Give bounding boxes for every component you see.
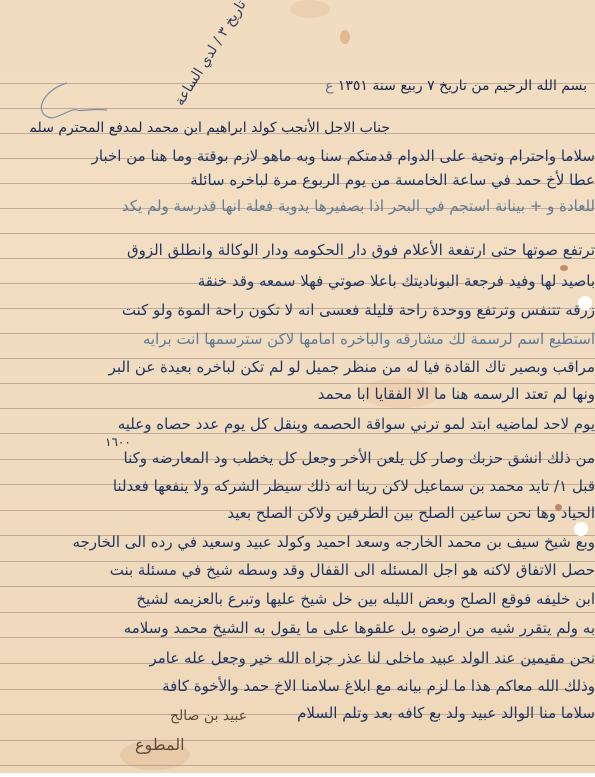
body-line: الحياد وها نحن ساعين الصلح بين الطرفين و… (0, 503, 595, 523)
body-line: سلاما منا الوالد عبيد ولد بع كافه بعد وت… (0, 703, 595, 723)
body-line: به ولم يتقرر شيه من ارضوه بل علقوها على … (0, 618, 595, 638)
ruled-line (0, 233, 595, 234)
paper-stain (340, 30, 350, 44)
ruled-line (0, 586, 595, 587)
body-line: نحن مقيمين عند الولد عبيد ماخلى لنا عذر … (0, 648, 595, 668)
body-line: ترتفع صوتها حتى ارتفعة الأعلام فوق دار ا… (0, 240, 595, 260)
body-line: عطا لأخ حمد في ساعة الخامسة من يوم الربو… (0, 170, 595, 190)
body-line: وبع شيخ سيف بن محمد الخارجه وسعد احميد و… (0, 532, 595, 552)
body-line: زرقه تتنفس وترتفع ووحدة راحة قليلة فعسى … (0, 300, 595, 320)
body-line: يوم لاحد لماضيه ابتد لمو ترني سواقة الحص… (0, 414, 595, 434)
signature-name: عبيد بن صالح (170, 708, 247, 724)
date-text: ٧ ربيع سنة (372, 78, 434, 94)
ruled-line (0, 108, 595, 109)
letter-page: تاريخ ٣ / لدي الساعة بسم الله الرحيم من … (0, 0, 595, 773)
body-line: باصيد لها وفيد فرجعة البوناديتك باعلا صو… (0, 271, 595, 291)
body-line: ونها لم تعتد الرسمه هنا ما الا الفقايا ا… (0, 384, 595, 404)
body-line: سلاما واحترام وتحية على الدوام قدمتكم سن… (0, 146, 595, 166)
signature-closing: المطوع (135, 735, 185, 754)
paper-stain (290, 0, 330, 18)
body-line: للعادة و + بينانة استجم في البحر اذا بصف… (0, 196, 595, 216)
body-line: قبل ١/ تايد محمد بن سماعيل لاكن رينا انه… (0, 476, 595, 496)
salutation: جناب الاجل الأنجب كولد ابراهيم ابن محمد … (30, 118, 390, 138)
body-line: ابن خليفه فوقع الصلح وبعض الليله بين خل … (0, 589, 595, 609)
date-prefix: من تاريخ (439, 78, 489, 94)
body-line: وذلك الله معاكم هذا ما لزم بيانه مع ابلا… (0, 676, 595, 696)
ruled-line (0, 408, 595, 409)
body-line: مراقب وبصير تاك القادة فيا له من منظر جم… (0, 357, 595, 377)
basmala: بسم الله الرحيم (494, 78, 587, 94)
year: ١٣٥١ (338, 78, 368, 94)
ruled-line (0, 765, 595, 766)
margin-note: تاريخ ٣ / لدي الساعة (172, 0, 250, 109)
body-line: استطيع اسم لرسمة لك مشارقه والباخره امام… (0, 329, 595, 349)
body-line: حصل الاتفاق لاكنه هو اجل المسئله الى الق… (0, 560, 595, 580)
ruled-line (0, 612, 595, 613)
header-line: بسم الله الرحيم من تاريخ ٧ ربيع سنة ١٣٥١… (287, 76, 587, 96)
body-line: من ذلك انشق حزبك وصار كل يلعن الأخر وجعل… (0, 448, 595, 468)
date-suffix: ع (325, 78, 333, 94)
ruled-line (0, 740, 595, 741)
